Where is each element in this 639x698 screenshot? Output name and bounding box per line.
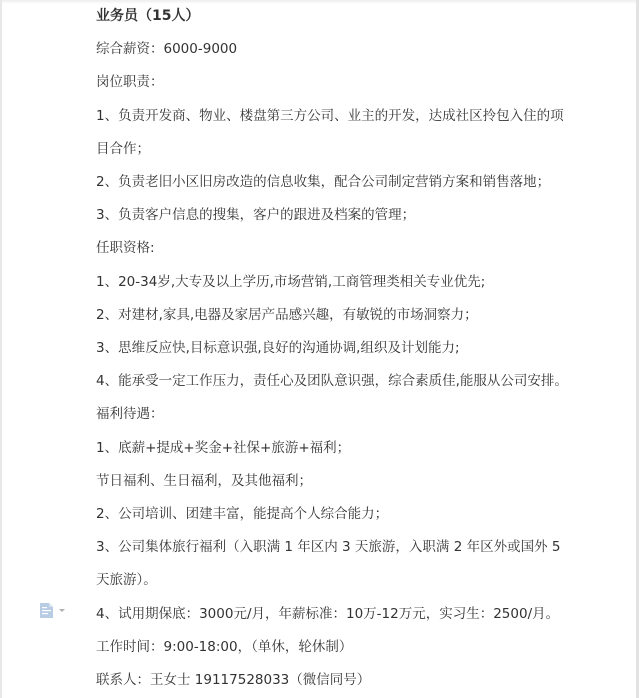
benefit-item-4: 4、试用期保底：3000元/月，年薪标准：10万-12万元，实习生：2500/月… [96, 604, 559, 624]
qualification-item-1: 1、20-34岁,大专及以上学历,市场营销,工商管理类相关专业优先; [96, 272, 485, 292]
qualification-item-3: 3、思维反应快,目标意识强,良好的沟通协调,组织及计划能力; [96, 338, 460, 358]
duty-item-1: 1、负责开发商、物业、楼盘第三方公司、业主的开发，达成社区拎包入住的项 [96, 106, 564, 126]
benefit-item-2: 2、公司培训、团建丰富，能提高个人综合能力； [96, 504, 388, 524]
qualification-item-2: 2、对建材,家具,电器及家居产品感兴趣，有敏锐的市场洞察力； [96, 305, 478, 325]
duty-item-1-cont: 目合作； [96, 139, 150, 159]
benefit-item-3: 3、公司集体旅行福利（入职满 1 年区内 3 天旅游，入职满 2 年区外或国外 … [96, 537, 560, 557]
contact-line: 联系人：王女士 19117528033（微信同号） [96, 670, 370, 690]
qualification-item-4: 4、能承受一定工作压力，责任心及团队意识强，综合素质佳,能服从公司安排。 [96, 371, 568, 391]
job-title-heading: 业务员（15人） [96, 6, 199, 26]
salary-line: 综合薪资：6000-9000 [96, 39, 237, 59]
benefit-holidays: 节日福利、生日福利，及其他福利； [96, 471, 312, 491]
duties-heading: 岗位职责： [96, 72, 164, 92]
benefit-item-3-cont: 天旅游）。 [96, 570, 157, 590]
benefit-item-1: 1、底薪+提成+奖金+社保+旅游+福利； [96, 438, 350, 458]
top-shadow [0, 0, 639, 4]
duty-item-3: 3、负责客户信息的搜集，客户的跟进及档案的管理； [96, 205, 415, 225]
document-page: 业务员（15人） 综合薪资：6000-9000 岗位职责： 1、负责开发商、物业… [0, 0, 639, 698]
benefits-heading: 福利待遇： [96, 404, 164, 424]
qualifications-heading: 任职资格: [96, 238, 155, 258]
dropdown-caret-icon[interactable] [59, 609, 65, 612]
paragraph-format-icon [40, 603, 53, 618]
duty-item-2: 2、负责老旧小区旧房改造的信息收集，配合公司制定营销方案和销售落地； [96, 172, 550, 192]
paragraph-format-button[interactable] [40, 602, 70, 618]
page-left-edge [0, 0, 2, 698]
working-hours-line: 工作时间：9:00-18:00，（单休，轮休制） [96, 637, 352, 657]
